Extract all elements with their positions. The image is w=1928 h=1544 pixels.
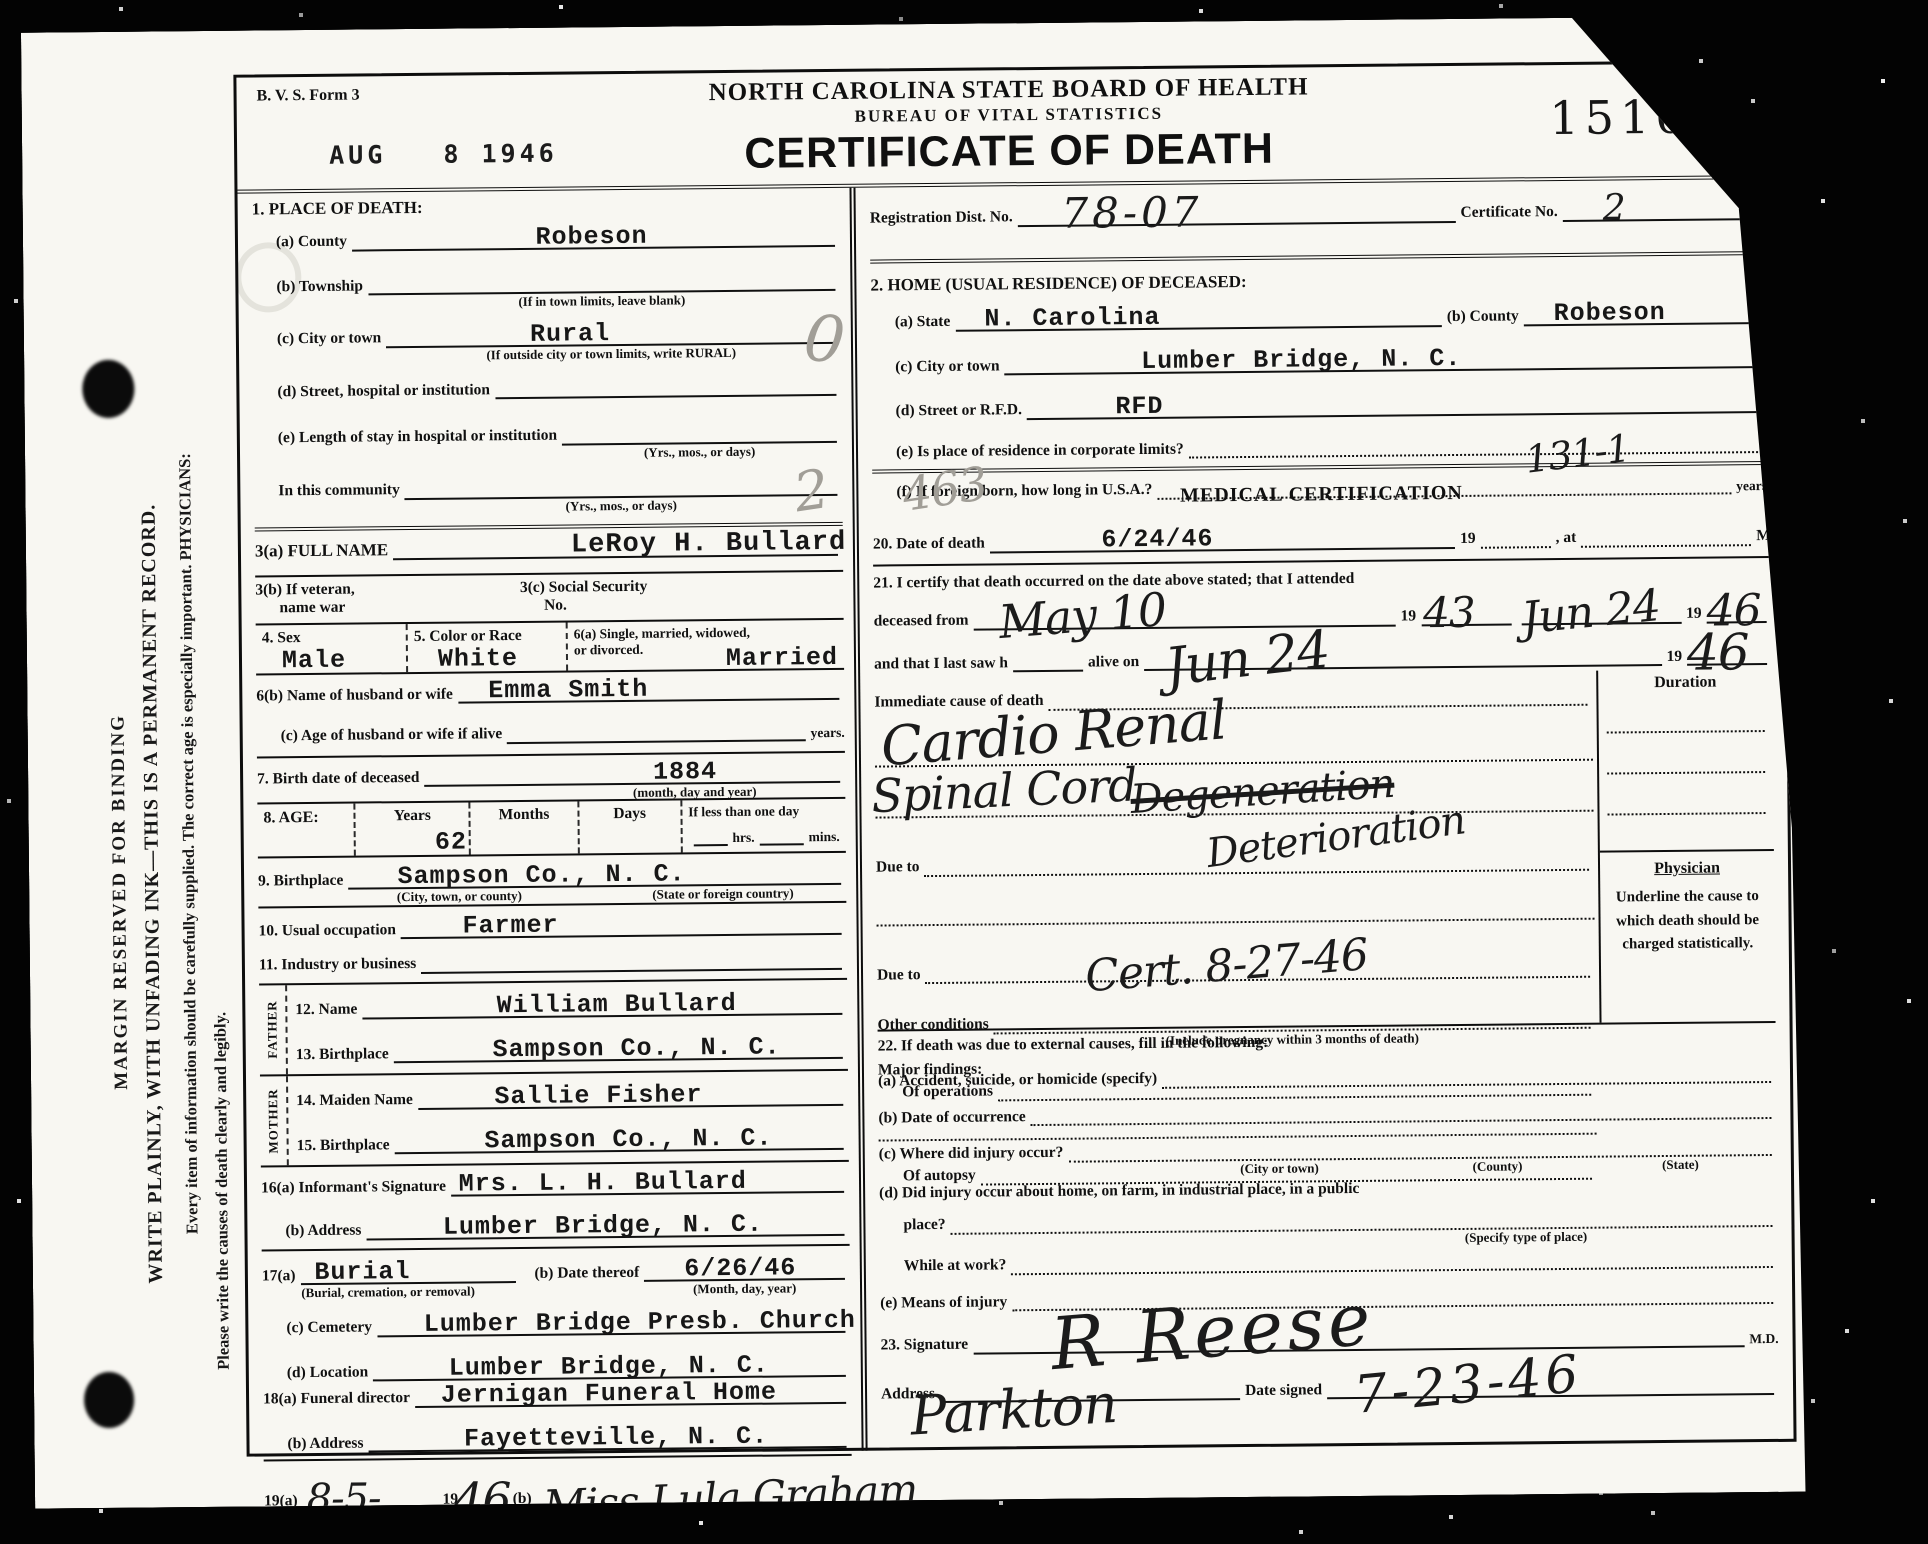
duration-physician-column: Duration Physician Underline the cause t… bbox=[1596, 669, 1775, 1023]
external-a-row: (a) Accident, suicide, or homicide (spec… bbox=[878, 1064, 1776, 1091]
birthdate-value: 1884 bbox=[653, 757, 717, 787]
full-name-row: 3(a) FULL NAME LeRoy H. Bullard bbox=[255, 535, 843, 561]
physician-note: Underline the cause to which death shoul… bbox=[1610, 885, 1765, 956]
due-to-2-label: Due to bbox=[877, 966, 921, 985]
mother-side-label: MOTHER bbox=[265, 1088, 282, 1153]
dod-label: 20. Date of death bbox=[873, 535, 985, 555]
document-title: CERTIFICATE OF DEATH bbox=[477, 122, 1541, 181]
home-state-value: N. Carolina bbox=[984, 302, 1160, 333]
home-street-field: RFD bbox=[1027, 408, 1765, 420]
certify-from-label: deceased from bbox=[874, 612, 969, 632]
spouse-row: 6(b) Name of husband or wife Emma Smith bbox=[256, 681, 844, 705]
ssn-label-1: 3(c) Social Security bbox=[520, 577, 648, 597]
birthplace-label: 9. Birthplace bbox=[258, 871, 343, 890]
marital-cell: 6(a) Single, married, widowed, or divorc… bbox=[566, 619, 844, 670]
age-hrs-field bbox=[693, 841, 727, 846]
certify-alive-label: alive on bbox=[1088, 653, 1139, 672]
cause-rule-3 bbox=[877, 914, 1595, 926]
father-section: FATHER 12. Name William Bullard 13. Birt… bbox=[259, 978, 848, 1075]
duration-line-1 bbox=[1607, 727, 1765, 734]
city-field: Rural (If outside city or town limits, w… bbox=[386, 339, 836, 348]
occupation-section: 10. Usual occupation Farmer 11. Industry… bbox=[258, 901, 847, 976]
industry-field bbox=[421, 965, 842, 974]
external-e-label: (e) Means of injury bbox=[880, 1293, 1007, 1313]
spouse-age-label: (c) Age of husband or wife if alive bbox=[281, 725, 503, 746]
pencil-loop-mark: 0 bbox=[802, 310, 847, 371]
veteran-label-block: 3(b) If veteran, name war bbox=[255, 579, 520, 619]
spouse-value: Emma Smith bbox=[488, 675, 648, 706]
funeral-director-section: 18(a) Funeral director Jernigan Funeral … bbox=[263, 1385, 852, 1454]
serial-number: 15167 bbox=[1549, 89, 1726, 145]
occupation-row: 10. Usual occupation Farmer bbox=[259, 917, 847, 941]
certify-from-year: 43 bbox=[1423, 594, 1475, 632]
marital-value: Married bbox=[726, 642, 838, 672]
director-addr-label: (b) Address bbox=[287, 1434, 363, 1453]
date-signed-label: Date signed bbox=[1245, 1381, 1322, 1400]
burial-label: 17(a) bbox=[262, 1267, 296, 1286]
mother-section: MOTHER 14. Maiden Name Sallie Fisher 15.… bbox=[260, 1069, 849, 1166]
industry-label: 11. Industry or business bbox=[259, 955, 417, 975]
external-causes-section: 22. If death was due to external causes,… bbox=[878, 1021, 1779, 1312]
due-to-2-value: Cert. 8-27-46 bbox=[1084, 935, 1369, 997]
certify-to-value: Jun 24 bbox=[1520, 586, 1661, 639]
certify-saw-label: and that I last saw h bbox=[874, 654, 1008, 674]
birthdate-label: 7. Birth date of deceased bbox=[257, 769, 419, 789]
county-value: Robeson bbox=[535, 221, 647, 251]
sex-race-marital-section: 4. Sex Male 5. Color or Race White 6(a) … bbox=[256, 617, 844, 673]
home-street-value: RFD bbox=[1115, 392, 1163, 421]
certify-saw-year: 46 bbox=[1687, 631, 1749, 677]
signature-row: 23. Signature R Reese M.D. bbox=[881, 1328, 1779, 1355]
work-row: While at work? bbox=[880, 1249, 1778, 1276]
certify-saw-value: Jun 24 bbox=[1163, 626, 1332, 691]
director-field: Jernigan Funeral Home bbox=[415, 1399, 846, 1408]
punch-hole-bottom bbox=[84, 1372, 135, 1428]
birthdate-section: 7. Birth date of deceased 1884 (month, d… bbox=[257, 751, 845, 803]
dod-time-field bbox=[1581, 541, 1751, 548]
community-field: (Yrs., mos., or days) 2 bbox=[405, 490, 838, 499]
birthplace-row: 9. Birthplace Sampson Co., N. C. (City, … bbox=[258, 867, 846, 891]
registration-row: Registration Dist. No. 78-07 Certificate… bbox=[870, 201, 1768, 228]
filed-label: 19(a) bbox=[264, 1492, 298, 1511]
home-county-field: Robeson bbox=[1524, 319, 1764, 326]
veteran-label-2: name war bbox=[279, 597, 520, 618]
form-number: B. V. S. Form 3 bbox=[256, 86, 359, 105]
occupation-field: Farmer bbox=[401, 930, 842, 939]
filed-date-field: 8-5- Filed bbox=[303, 1505, 438, 1511]
external-heading: 22. If death was due to external causes,… bbox=[878, 1029, 1776, 1056]
filed-note: Filed bbox=[303, 1510, 438, 1527]
home-street-row: (d) Street or R.F.D. RFD bbox=[872, 394, 1770, 421]
age-days-label: Days bbox=[613, 805, 646, 822]
father-birthplace-label: 13. Birthplace bbox=[296, 1045, 389, 1064]
age-years-value: 62 bbox=[435, 827, 467, 856]
mother-maiden-row: 14. Maiden Name Sallie Fisher bbox=[296, 1087, 848, 1111]
external-c-label: (c) Where did injury occur? bbox=[879, 1144, 1064, 1164]
burial-type-value: Burial bbox=[314, 1257, 410, 1287]
external-d-note: (Specify type of place) bbox=[1279, 1227, 1772, 1248]
full-name-section: 3(a) FULL NAME LeRoy H. Bullard bbox=[255, 521, 843, 575]
signature-field: R Reese bbox=[973, 1342, 1744, 1354]
stay-label: (e) Length of stay in hospital or instit… bbox=[278, 427, 557, 448]
age-days-cell: Days bbox=[577, 800, 680, 853]
work-label: While at work? bbox=[904, 1256, 1007, 1276]
ssn-label-block: 3(c) Social Security No. bbox=[520, 577, 648, 615]
informant-section: 16(a) Informant's Signature Mrs. L. H. B… bbox=[261, 1160, 850, 1241]
full-name-value: LeRoy H. Bullard bbox=[571, 528, 847, 561]
spouse-field: Emma Smith bbox=[458, 695, 840, 704]
dod-value: 6/24/46 bbox=[1101, 524, 1213, 554]
sex-cell: 4. Sex Male bbox=[256, 624, 406, 673]
burial-type-field: Burial (Burial, cremation, or removal) bbox=[301, 1278, 516, 1285]
registrar-sig-value: Miss Lula Graham bbox=[542, 1471, 918, 1525]
external-d-field: (Specify type of place) bbox=[951, 1222, 1773, 1235]
city-value: Rural bbox=[530, 319, 610, 349]
dod-year-field bbox=[1481, 543, 1551, 549]
home-city-value: Lumber Bridge, N. C. bbox=[1141, 344, 1461, 376]
burial-date-value: 6/26/46 bbox=[684, 1253, 796, 1283]
due-to-2-row: Due to Cert. 8-27-46 bbox=[877, 959, 1595, 984]
date-of-death-row: 20. Date of death 6/24/46 19 , at M bbox=[873, 527, 1771, 554]
death-certificate-scan: MARGIN RESERVED FOR BINDING WRITE PLAINL… bbox=[21, 15, 1849, 1508]
city-label: (c) City or town bbox=[277, 329, 382, 349]
margin-please-write-text: Please write the causes of death clearly… bbox=[209, 866, 235, 1516]
home-section: 2. HOME (USUAL RESIDENCE) OF DECEASED: (… bbox=[870, 267, 1770, 474]
father-side-label-cell: FATHER bbox=[259, 985, 288, 1074]
scanner-noise bbox=[0, 0, 2, 2]
registration-dist-field: 78-07 bbox=[1018, 218, 1456, 227]
age-months-label: Months bbox=[498, 805, 549, 822]
age-label: 8. AGE: bbox=[263, 809, 318, 827]
street-row: (d) Street, hospital or institution bbox=[253, 378, 841, 402]
mother-birthplace-label: 15. Birthplace bbox=[297, 1136, 390, 1155]
county-label: (a) County bbox=[276, 233, 347, 252]
informant-sig-field: Mrs. L. H. Bullard bbox=[451, 1188, 844, 1197]
certify-saw-field: Jun 24 bbox=[1144, 661, 1661, 671]
duration-line-3 bbox=[1608, 809, 1766, 816]
burial-location-label: (d) Location bbox=[287, 1363, 369, 1382]
age-mins-field bbox=[760, 840, 804, 845]
left-column: 1. PLACE OF DEATH: (a) County Robeson (b… bbox=[238, 188, 862, 1457]
registrar-note: Registrar bbox=[661, 1506, 847, 1524]
filed-section: 19(a) 8-5- Filed 19 46 (b) Miss Lula Gra… bbox=[264, 1454, 853, 1520]
sex-label: 4. Sex bbox=[262, 629, 301, 646]
dod-at: , at bbox=[1555, 529, 1576, 548]
director-addr-field: Fayetteville, N. C. bbox=[369, 1443, 847, 1453]
township-note: (If in town limits, leave blank) bbox=[368, 291, 836, 311]
informant-addr-label: (b) Address bbox=[285, 1221, 361, 1240]
home-county-value: Robeson bbox=[1554, 298, 1666, 328]
home-city-row: (c) City or town Lumber Bridge, N. C. bbox=[871, 350, 1769, 377]
occupation-value: Farmer bbox=[462, 911, 558, 941]
physician-signature-section: 23. Signature R Reese M.D. Address Parkt… bbox=[881, 1328, 1780, 1404]
certify-section: 21. I certify that death occurred on the… bbox=[873, 556, 1772, 674]
duration-line-2 bbox=[1607, 768, 1765, 775]
filed-year-value: 46 bbox=[454, 1480, 511, 1522]
registration-dist-value: 78-07 bbox=[1061, 193, 1202, 232]
industry-row: 11. Industry or business bbox=[259, 951, 847, 975]
informant-sig-row: 16(a) Informant's Signature Mrs. L. H. B… bbox=[261, 1174, 849, 1198]
dod-m: M bbox=[1756, 527, 1771, 546]
home-county-label: (b) County bbox=[1447, 307, 1519, 326]
certify-saw-19: 19 bbox=[1666, 648, 1682, 667]
home-state-field: N. Carolina bbox=[955, 322, 1442, 332]
age-months-cell: Months bbox=[469, 801, 578, 854]
spouse-section: 6(b) Name of husband or wife Emma Smith … bbox=[256, 667, 845, 746]
cemetery-value: Lumber Bridge Presb. Church bbox=[424, 1305, 856, 1338]
external-d-place-label: place? bbox=[903, 1216, 945, 1235]
father-birthplace-field: Sampson Co., N. C. bbox=[394, 1054, 843, 1063]
age-hrs-label: hrs. bbox=[732, 829, 754, 845]
filed-b-label: (b) bbox=[513, 1490, 532, 1509]
certify-to-field: Jun 24 bbox=[1521, 619, 1681, 626]
address-value: Parkton bbox=[909, 1380, 1118, 1441]
home-city-label: (c) City or town bbox=[895, 357, 1000, 377]
father-name-value: William Bullard bbox=[497, 988, 737, 1019]
certify-from-year-field: 43 bbox=[1421, 620, 1511, 626]
burial-date-field: 6/26/46 (Month, day, year) bbox=[644, 1275, 845, 1282]
cemetery-row: (c) Cemetery Lumber Bridge Presb. Church bbox=[262, 1314, 850, 1338]
birthplace-field: Sampson Co., N. C. (City, town, or count… bbox=[348, 880, 841, 890]
community-pencil-value: 2 bbox=[791, 465, 831, 518]
age-section: 8. AGE: Years 62 Months Days If less tha… bbox=[257, 797, 845, 857]
stay-row: (e) Length of stay in hospital or instit… bbox=[254, 424, 842, 448]
mother-maiden-value: Sallie Fisher bbox=[494, 1080, 702, 1111]
external-a-label: (a) Accident, suicide, or homicide (spec… bbox=[878, 1070, 1157, 1091]
pencil-463-mark: 463 bbox=[900, 463, 990, 517]
certify-from-field: May 10 bbox=[974, 621, 1396, 630]
community-note: (Yrs., mos., or days) bbox=[405, 495, 838, 515]
filed-date-value: 8-5- bbox=[306, 1480, 380, 1517]
father-side-label: FATHER bbox=[264, 1001, 281, 1059]
burial-section: 17(a) Burial (Burial, cremation, or remo… bbox=[262, 1243, 851, 1382]
section1-heading: 1. PLACE OF DEATH: bbox=[252, 194, 840, 220]
cause-of-death-section: Immediate cause of death Due to Due to bbox=[874, 669, 1775, 1030]
work-field bbox=[1011, 1263, 1773, 1275]
street-field bbox=[495, 391, 836, 399]
father-birthplace-row: 13. Birthplace Sampson Co., N. C. bbox=[296, 1040, 848, 1064]
certify-from-19: 19 bbox=[1401, 608, 1417, 627]
cemetery-field: Lumber Bridge Presb. Church bbox=[377, 1328, 845, 1337]
birthdate-field: 1884 (month, day and year) bbox=[424, 778, 840, 787]
due-to-1-label: Due to bbox=[876, 858, 920, 877]
birthplace-section: 9. Birthplace Sampson Co., N. C. (City, … bbox=[258, 851, 846, 907]
director-addr-row: (b) Address Fayetteville, N. C. bbox=[263, 1430, 851, 1454]
age-years-label: Years bbox=[394, 807, 431, 824]
due-to-2-field: Cert. 8-27-46 bbox=[926, 973, 1591, 984]
county-row: (a) County Robeson bbox=[252, 228, 840, 252]
home-city-field: Lumber Bridge, N. C. bbox=[1005, 363, 1765, 375]
margin-binding-text: MARGIN RESERVED FOR BINDING bbox=[107, 617, 134, 1187]
home-state-row: (a) State N. Carolina (b) County Robeson bbox=[871, 305, 1769, 332]
father-name-label: 12. Name bbox=[295, 1000, 357, 1019]
registration-section: Registration Dist. No. 78-07 Certificate… bbox=[870, 201, 1768, 264]
dod-19: 19 bbox=[1460, 530, 1476, 549]
county-field: Robeson bbox=[352, 242, 835, 252]
cemetery-label: (c) Cemetery bbox=[286, 1319, 372, 1338]
home-corporate-label: (e) Is place of residence in corporate l… bbox=[896, 440, 1184, 461]
spouse-age-suffix: years. bbox=[811, 725, 845, 741]
mother-maiden-field: Sallie Fisher bbox=[418, 1101, 843, 1110]
address-field: Parkton bbox=[940, 1395, 1240, 1403]
occupation-label: 10. Usual occupation bbox=[259, 921, 397, 941]
certify-to-year-field: 46 bbox=[1707, 618, 1767, 624]
stay-field: (Yrs., mos., or days) bbox=[562, 438, 837, 446]
certify-saw-year-field: 46 bbox=[1687, 660, 1767, 666]
community-row: In this community (Yrs., mos., or days) … bbox=[254, 477, 842, 501]
informant-addr-field: Lumber Bridge, N. C. bbox=[366, 1230, 844, 1240]
section2-heading: 2. HOME (USUAL RESIDENCE) OF DECEASED: bbox=[870, 267, 1768, 296]
spouse-label: 6(b) Name of husband or wife bbox=[256, 685, 453, 705]
certificate-no-label: Certificate No. bbox=[1460, 203, 1557, 223]
father-name-field: William Bullard bbox=[362, 1009, 842, 1019]
external-b-row: (b) Date of occurrence bbox=[878, 1101, 1776, 1128]
home-corporate-row: (e) Is place of residence in corporate l… bbox=[872, 435, 1770, 462]
street-label: (d) Street, hospital or institution bbox=[277, 381, 490, 402]
burial-date-label: (b) Date thereof bbox=[534, 1263, 639, 1283]
mother-birthplace-row: 15. Birthplace Sampson Co., N. C. bbox=[297, 1132, 849, 1156]
external-b-field bbox=[1031, 1114, 1772, 1126]
age-years-cell: Years 62 bbox=[354, 802, 469, 855]
external-d2-row: place? (Specify type of place) bbox=[879, 1208, 1777, 1235]
registration-dist-label: Registration Dist. No. bbox=[870, 208, 1013, 228]
informant-sig-label: 16(a) Informant's Signature bbox=[261, 1178, 446, 1198]
right-column: Registration Dist. No. 78-07 Certificate… bbox=[849, 179, 1793, 1451]
home-state-label: (a) State bbox=[895, 313, 951, 332]
certify-saw-blank bbox=[1013, 667, 1083, 673]
cause-handwriting-2: Spinal Cord bbox=[870, 765, 1137, 818]
community-label: In this community bbox=[278, 481, 400, 501]
city-note: (If outside city or town limits, write R… bbox=[386, 344, 836, 364]
director-value: Jernigan Funeral Home bbox=[441, 1377, 777, 1409]
certify-to-19: 19 bbox=[1686, 605, 1702, 624]
signature-value: R Reese bbox=[1048, 1287, 1376, 1377]
birthplace-value: Sampson Co., N. C. bbox=[397, 860, 685, 892]
cause-main-area: Immediate cause of death Due to Due to bbox=[874, 671, 1599, 1030]
date-signed-value: 7-23-46 bbox=[1352, 1350, 1584, 1419]
full-name-field: LeRoy H. Bullard bbox=[393, 551, 838, 560]
external-c-field: (City or town) (County) (State) bbox=[1068, 1151, 1771, 1163]
father-birthplace-value: Sampson Co., N. C. bbox=[492, 1033, 780, 1065]
full-name-label: 3(a) FULL NAME bbox=[255, 540, 388, 562]
mother-birthplace-field: Sampson Co., N. C. bbox=[395, 1145, 844, 1154]
burial-type-row: 17(a) Burial (Burial, cremation, or remo… bbox=[262, 1261, 850, 1285]
margin-every-item-text: Every item of information should be care… bbox=[172, 136, 206, 1544]
mother-birthplace-value: Sampson Co., N. C. bbox=[484, 1124, 772, 1156]
external-c-row: (c) Where did injury occur? (City or tow… bbox=[879, 1137, 1777, 1164]
birthdate-row: 7. Birth date of deceased 1884 (month, d… bbox=[257, 765, 845, 789]
director-addr-value: Fayetteville, N. C. bbox=[464, 1422, 768, 1454]
home-corporate-field bbox=[1189, 448, 1765, 459]
age-mins-label: mins. bbox=[808, 829, 839, 845]
date-signed-field: 7-23-46 bbox=[1327, 1390, 1774, 1399]
physician-heading: Physician bbox=[1610, 859, 1764, 878]
race-label: 5. Color or Race bbox=[414, 627, 522, 645]
registrar-sig-field: Miss Lula Graham Registrar bbox=[537, 1501, 847, 1509]
certificate-no-field: 2 bbox=[1563, 215, 1763, 222]
signature-label: 23. Signature bbox=[881, 1336, 969, 1355]
punch-hole-top bbox=[82, 360, 135, 418]
veteran-ssn-section: 3(b) If veteran, name war 3(c) Social Se… bbox=[255, 569, 843, 623]
age-label-cell: 8. AGE: bbox=[257, 803, 354, 856]
spouse-age-field bbox=[507, 736, 805, 744]
ssn-label-2: No. bbox=[544, 596, 648, 616]
signature-md: M.D. bbox=[1749, 1331, 1778, 1347]
margin-write-plainly-text: WRITE PLAINLY, WITH UNFADING INK—THIS IS… bbox=[135, 291, 170, 1496]
handwritten-code-131-1: 131-1 bbox=[1524, 431, 1632, 477]
external-b-label: (b) Date of occurrence bbox=[878, 1108, 1026, 1128]
duration-box: Duration bbox=[1598, 669, 1774, 851]
home-street-label: (d) Street or R.F.D. bbox=[896, 401, 1022, 421]
issuing-organization: NORTH CAROLINA STATE BOARD OF HEALTH BUR… bbox=[476, 71, 1541, 181]
form-header: B. V. S. Form 3 AUG 8 1946 NORTH CAROLIN… bbox=[236, 63, 1781, 194]
physician-box: Physician Underline the cause to which d… bbox=[1600, 849, 1776, 1023]
place-of-death-section: 1. PLACE OF DEATH: (a) County Robeson (b… bbox=[252, 194, 843, 501]
father-name-row: 12. Name William Bullard bbox=[295, 996, 847, 1020]
mother-maiden-label: 14. Maiden Name bbox=[296, 1091, 413, 1111]
race-cell: 5. Color or Race White bbox=[406, 622, 566, 672]
certify-from-value: May 10 bbox=[997, 589, 1167, 644]
director-label: 18(a) Funeral director bbox=[263, 1389, 410, 1409]
spouse-age-row: (c) Age of husband or wife if alive year… bbox=[257, 722, 845, 746]
address-date-row: Address Parkton Date signed 7-23-46 bbox=[881, 1377, 1779, 1404]
age-less-cell: If less than one day hrs. mins. bbox=[680, 799, 846, 853]
external-a-field bbox=[1162, 1078, 1771, 1089]
informant-sig-value: Mrs. L. H. Bullard bbox=[459, 1167, 747, 1199]
external-c-note-state: (State) bbox=[1589, 1156, 1772, 1174]
race-value: White bbox=[438, 644, 518, 674]
director-row: 18(a) Funeral director Jernigan Funeral … bbox=[263, 1385, 851, 1409]
sex-value: Male bbox=[282, 645, 346, 675]
township-row: (b) Township (If in town limits, leave b… bbox=[252, 272, 840, 296]
township-label: (b) Township bbox=[276, 277, 363, 296]
certificate-no-value: 2 bbox=[1603, 193, 1625, 226]
township-field: (If in town limits, leave blank) bbox=[368, 286, 835, 295]
medical-heading-section: MEDICAL CERTIFICATION 463 131-1 bbox=[872, 479, 1770, 532]
informant-addr-row: (b) Address Lumber Bridge, N. C. bbox=[261, 1217, 849, 1241]
veteran-label-1: 3(b) If veteran, bbox=[255, 579, 520, 600]
informant-addr-value: Lumber Bridge, N. C. bbox=[443, 1209, 763, 1241]
mother-side-label-cell: MOTHER bbox=[260, 1076, 289, 1165]
external-d-label: (d) Did injury occur about home, on farm… bbox=[879, 1176, 1777, 1203]
city-row: (c) City or town Rural (If outside city … bbox=[253, 325, 841, 349]
age-less-label: If less than one day bbox=[688, 803, 839, 820]
filed-row: 19(a) 8-5- Filed 19 46 (b) Miss Lula Gra… bbox=[264, 1476, 852, 1511]
certificate-form: B. V. S. Form 3 AUG 8 1946 NORTH CAROLIN… bbox=[233, 60, 1796, 1457]
stay-note: (Yrs., mos., or days) bbox=[562, 443, 837, 462]
dod-field: 6/24/46 bbox=[990, 544, 1455, 553]
